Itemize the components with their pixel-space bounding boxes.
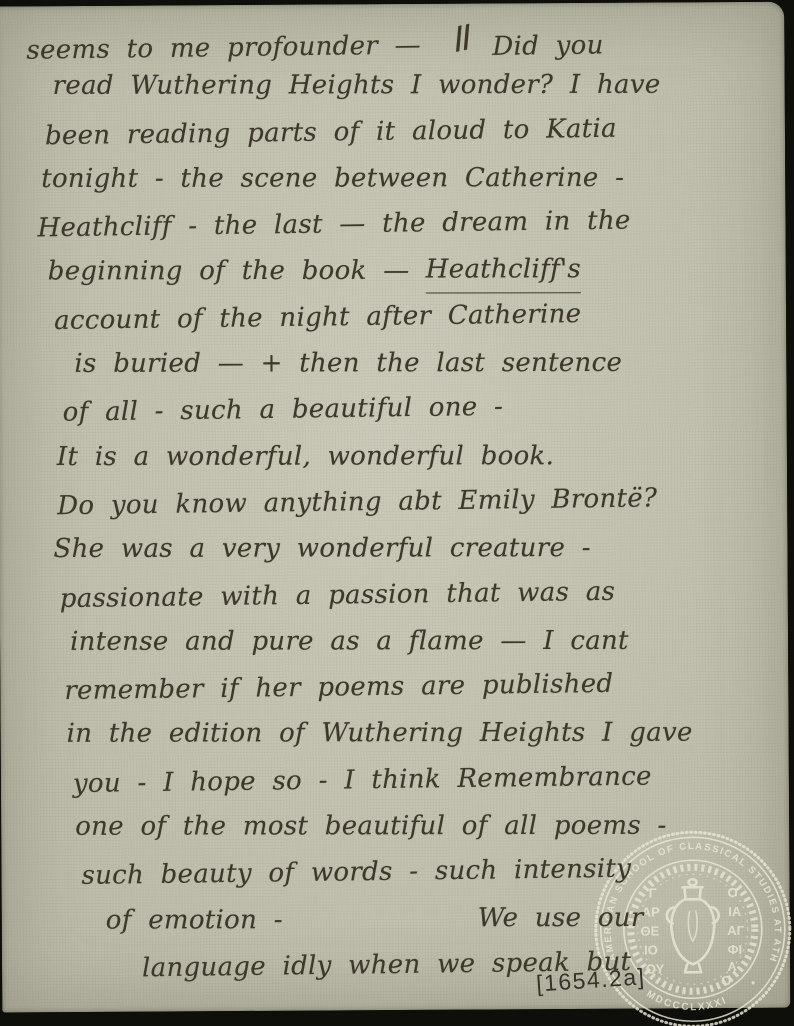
- handwritten-line: intense and pure as a flame — I cant: [0, 616, 788, 667]
- handwritten-line: language idly when we speak but: [2, 940, 790, 991]
- handwritten-line: Heathcliff - the last — the dream in the: [0, 199, 786, 250]
- scan-background: { "letter": { "lines": [ { "t": "seems t…: [0, 0, 794, 1026]
- handwritten-line: It is a wonderful, wonderful book.: [0, 430, 787, 481]
- letter-paper: seems to me profounder — // Did you read…: [0, 2, 790, 1013]
- line-text: tonight - the scene between Catherine -: [41, 155, 624, 202]
- handwritten-line: seems to me profounder — // Did you: [0, 14, 785, 65]
- line-text: Heathcliff - the last — the dream in the: [37, 198, 631, 252]
- handwritten-line: account of the night after Catherine: [0, 291, 786, 342]
- handwritten-line: beginning of the book — Heathcliff's: [0, 245, 786, 296]
- insertion-mark-icon: //: [449, 14, 474, 63]
- handwritten-line: remember if her poems are published: [0, 662, 788, 713]
- line-text: of emotion -: [106, 897, 283, 944]
- handwritten-line: in the edition of Wuthering Heights I ga…: [0, 708, 788, 759]
- handwritten-line: She was a very wonderful creature -: [0, 523, 788, 574]
- handwritten-line: such beauty of words - such intensity: [1, 847, 789, 898]
- line-text: read Wuthering Heights I wonder? I have: [53, 62, 661, 109]
- line-text: one of the most beautiful of all poems -: [75, 803, 667, 850]
- line-text: intense and pure as a flame — I cant: [70, 618, 629, 665]
- handwritten-line: you - I hope so - I think Remembrance: [1, 754, 789, 805]
- handwritten-line: one of the most beautiful of all poems -: [1, 801, 789, 852]
- handwritten-line: passionate with a passion that was as: [0, 569, 788, 620]
- handwritten-line: read Wuthering Heights I wonder? I have: [0, 60, 785, 111]
- line-text: passionate with a passion that was as: [59, 568, 615, 622]
- handwritten-line: is buried — + then the last sentence: [0, 338, 786, 389]
- line-text: you - I hope so - I think Remembrance: [73, 753, 652, 807]
- line-text: beginning of the book —: [48, 248, 410, 295]
- handwritten-line: Do you know anything abt Emily Brontë?: [0, 477, 787, 528]
- handwritten-line: been reading parts of it aloud to Katia: [0, 106, 785, 157]
- right-phrase: We use our: [477, 895, 643, 942]
- line-text: She was a very wonderful creature -: [53, 525, 590, 572]
- underlined-word: Heathcliff's: [426, 247, 581, 295]
- line-text: such beauty of words - such intensity: [81, 846, 631, 899]
- handwritten-line: tonight - the scene between Catherine -: [0, 153, 785, 204]
- handwritten-line: of all - such a beautiful one -: [0, 384, 787, 435]
- handwritten-line: of emotion - We use our: [2, 893, 790, 944]
- stamp-year-label: MDCCCLXXXI: [644, 988, 729, 1013]
- line-text: of all - such a beautiful one -: [62, 384, 503, 436]
- line-text: Do you know anything abt Emily Brontë?: [57, 475, 658, 529]
- line-text: in the edition of Wuthering Heights I ga…: [67, 710, 693, 757]
- line-text: is buried — + then the last sentence: [74, 340, 622, 387]
- letter-text-block: seems to me profounder — // Did you read…: [0, 14, 790, 991]
- line-text: been reading parts of it aloud to Katia: [45, 105, 617, 159]
- line-text: remember if her poems are published: [64, 661, 614, 714]
- line-text: account of the night after Catherine: [54, 291, 582, 344]
- line-text: It is a wonderful, wonderful book.: [57, 433, 554, 480]
